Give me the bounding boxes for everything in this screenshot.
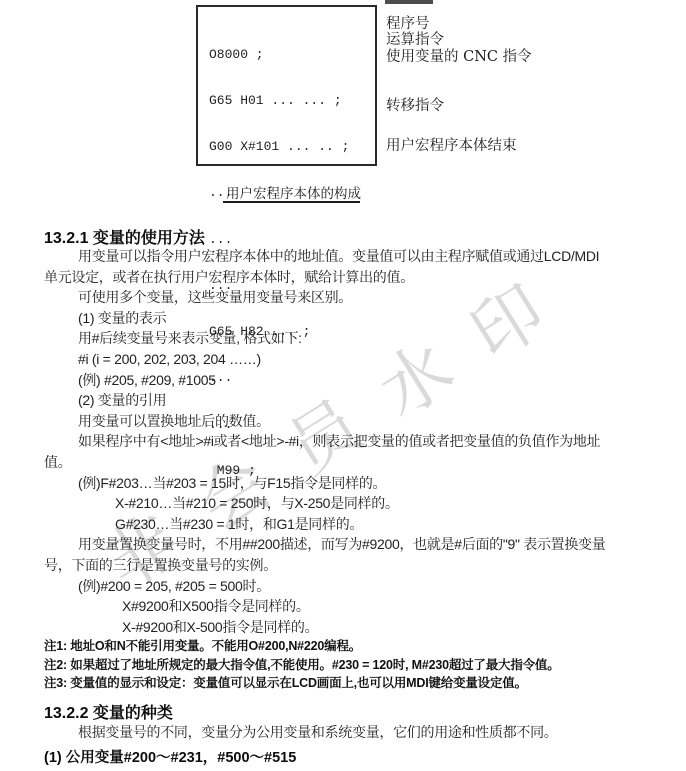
note-3: 注3: 变量值的显示和设定：变量值可以显示在LCD画面上,也可以用MDI键给变量… (44, 674, 560, 693)
section-1321-body: 用变量可以指令用户宏程序本体中的地址值。变量值可以由主程序赋值或通过LCD/MD… (44, 246, 605, 637)
body-line: G#230…当#230 = 1时，和G1是同样的。 (115, 514, 605, 535)
body-line: 值。 (44, 452, 605, 473)
notes-block: 注1: 地址O和N不能引用变量。不能用O#200,N#220编程。 注2: 如果… (44, 637, 560, 693)
body-line: 单元设定，或者在执行用户宏程序本体时，赋给计算出的值。 (44, 267, 605, 288)
body-line: #i (i = 200, 202, 203, 204 ……) (78, 349, 605, 370)
top-edge-fragment (385, 0, 433, 4)
annotation-branch-command: 转移指令 (386, 94, 444, 115)
figure-caption: 用户宏程序本体的构成 (226, 182, 361, 202)
common-variable-item: (1) 公用变量#200～#231，#500～#515 (44, 746, 296, 767)
code-line: ... (209, 232, 375, 247)
section-heading-1321: 13.2.1 变量的使用方法 (44, 225, 205, 248)
body-line: 可使用多个变量，这些变量用变量号来区别。 (78, 287, 605, 308)
body-line: X-#9200和X-500指令是同样的。 (122, 617, 605, 638)
body-line: (2) 变量的引用 (78, 390, 605, 411)
document-page: 非会员水印 O8000 ; G65 H01 ... ... ; G00 X#10… (0, 0, 686, 771)
body-line: 用变量可以指令用户宏程序本体中的地址值。变量值可以由主程序赋值或通过LCD/MD… (78, 246, 605, 267)
body-line: 用变量可以置换地址后的数值。 (78, 411, 605, 432)
section-heading-1322: 13.2.2 变量的种类 (44, 700, 173, 723)
annotation-cnc-command: 使用变量的 CNC 指令 (386, 45, 532, 66)
code-line: G00 X#101 ... .. ; (209, 139, 375, 154)
note-1: 注1: 地址O和N不能引用变量。不能用O#200,N#220编程。 (44, 637, 560, 656)
body-line: (例)#200 = 205, #205 = 500时。 (78, 576, 605, 597)
body-line: 用变量置换变量号时，不用##200描述，而写为#9200，也就是#后面的"9" … (78, 534, 605, 555)
section-1322-body-line: 根据变量号的不同，变量分为公用变量和系统变量，它们的用途和性质都不同。 (78, 722, 558, 742)
macro-code-box: O8000 ; G65 H01 ... ... ; G00 X#101 ... … (196, 5, 377, 166)
code-line: O8000 ; (209, 47, 375, 62)
body-line: X#9200和X500指令是同样的。 (122, 596, 605, 617)
body-line: X-#210…当#210 = 250时，与X-250是同样的。 (115, 493, 605, 514)
body-line: 号，下面的三行是置换变量号的实例。 (44, 555, 605, 576)
note-2: 注2: 如果超过了地址所规定的最大指令值,不能使用。#230 = 120时, M… (44, 656, 560, 675)
page-content: O8000 ; G65 H01 ... ... ; G00 X#101 ... … (0, 0, 686, 771)
body-line: (例)F#203…当#203 = 15时，与F15指令是同样的。 (78, 473, 605, 494)
annotation-macro-end: 用户宏程序本体结束 (386, 134, 517, 155)
body-line: 如果程序中有<地址>#i或者<地址>-#i，则表示把变量的值或者把变量值的负值作… (78, 431, 605, 452)
code-line: G65 H01 ... ... ; (209, 93, 375, 108)
body-line: (例) #205, #209, #1005 (78, 370, 605, 391)
body-line: 用#后续变量号来表示变量, 格式如下: (78, 328, 605, 349)
caption-underline (223, 201, 360, 203)
body-line: (1) 变量的表示 (78, 308, 605, 329)
